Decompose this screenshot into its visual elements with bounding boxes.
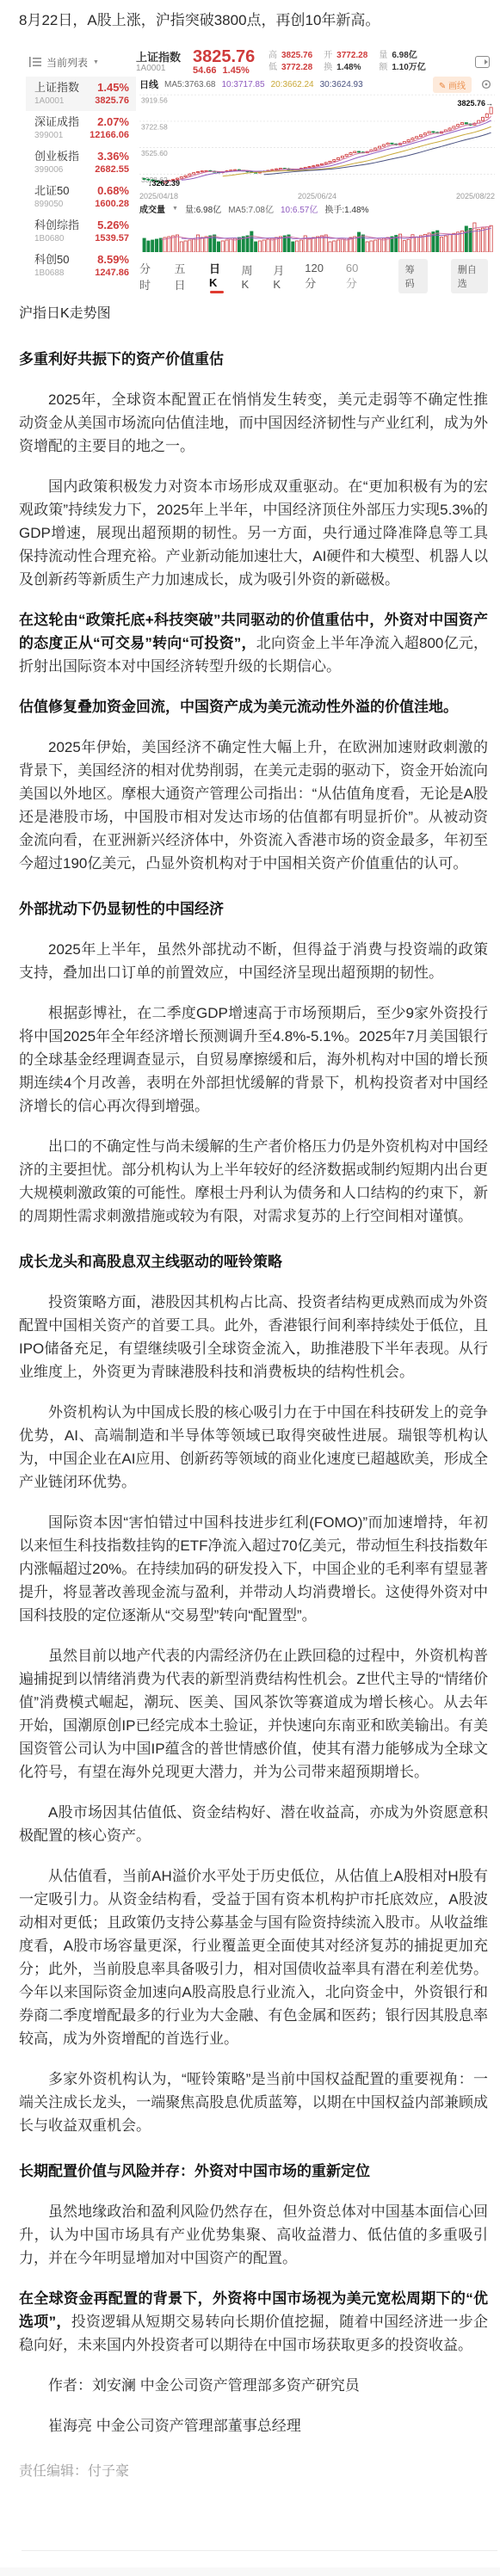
volume-chart[interactable] — [139, 214, 495, 252]
stat-label: 开 — [324, 50, 332, 62]
index-name: 上证指数 — [136, 51, 193, 64]
article-paragraph: 国内政策积极发力对资本市场形成双重驱动。在“更加积极有为的宏观政策”持续发力下，… — [19, 475, 488, 591]
article-paragraph: 从估值看，当前AH溢价水平处于历史低位，从估值上A股相对H股有一定吸引力。从资金… — [19, 1864, 488, 2050]
text-run: 投资逻辑从短期交易转向长期价值挖掘，随着中国经济进一步企稳向好，未来国内外投资者… — [19, 2314, 488, 2353]
index-row-line1: 深证成指2.07% — [34, 114, 129, 129]
index-row-line2: 1A00013825.76 — [34, 95, 129, 108]
stat-value: 1.48% — [336, 62, 361, 74]
list-icon — [29, 57, 41, 67]
stat-cell: 换1.48% — [324, 62, 367, 74]
kline-chart[interactable]: 3919.563722.583525.603328.623825.76→↓326… — [139, 92, 495, 187]
list-toggle[interactable]: 当前列表 ▼ — [26, 55, 136, 70]
text-run: 2025年伊始，美国经济不确定性大幅上升，在欧洲加速财政刺激的背景下，美国经济的… — [19, 739, 488, 872]
index-code: 1B0680 — [34, 233, 64, 245]
stat-value: 3772.28 — [281, 62, 312, 74]
section-heading: 多重利好共振下的资产价值重估 — [19, 348, 488, 371]
text-run: 估值修复叠加资金回流，中国资产成为美元流动性外溢的价值洼地。 — [19, 699, 458, 715]
stat-column: 开3772.28换1.48% — [324, 50, 367, 74]
stat-value: 6.98亿 — [392, 50, 417, 62]
chart-panel: 日线 MA5:3763.68 10:3717.85 20:3662.24 30:… — [136, 77, 495, 287]
index-code: 399001 — [34, 130, 63, 142]
sidebar-index-row[interactable]: 科创综指5.26%1B06801539.57 — [26, 214, 136, 249]
stat-column: 量6.98亿额1.10万亿 — [379, 50, 425, 74]
pencil-icon: ✎ — [439, 82, 446, 91]
period-tab-周K[interactable]: 周K — [241, 262, 256, 291]
chevron-down-icon: ▼ — [172, 206, 178, 212]
date-tick: 2025/08/22 — [456, 191, 495, 202]
article-paragraph: 投资策略方面，港股因其机构占比高、投资者结构更成熟而成为外资配置中国相关资产的首… — [19, 1291, 488, 1384]
stat-label: 量 — [379, 50, 387, 62]
stock-body: 上证指数1.45%1A00013825.76深证成指2.07%399001121… — [26, 77, 495, 287]
text-run: 2025年上半年，虽然外部扰动不断，但得益于消费与投资端的政策支持，叠加出口订单… — [19, 941, 488, 981]
stat-label: 换 — [324, 62, 332, 74]
section-heading: 成长龙头和高股息双主线驱动的哑铃策略 — [19, 1250, 488, 1273]
index-row-line2: 39900112166.06 — [34, 129, 129, 142]
index-name: 科创50 — [34, 252, 69, 267]
sidebar-index-row[interactable]: 深证成指2.07%39900112166.06 — [26, 111, 136, 145]
svg-text:3919.56: 3919.56 — [141, 96, 168, 105]
index-name: 科创综指 — [34, 218, 79, 232]
index-name: 北证50 — [34, 183, 69, 198]
stat-cell: 低3772.28 — [269, 62, 312, 74]
article-paragraph: 在全球资金再配置的背景下，外资将中国市场视为美元宽松周期下的“优选项”，投资逻辑… — [19, 2287, 488, 2357]
stat-label: 低 — [269, 62, 277, 74]
volume-value: 量:6.98亿 — [185, 202, 221, 215]
period-tab-日K[interactable]: 日K — [209, 260, 225, 293]
index-price: 3825.76 — [193, 48, 269, 65]
text-run: 外资机构认为中国成长股的核心吸引力在于中国在科技研发上的竞争优势，AI、高端制造… — [19, 1404, 488, 1490]
article-paragraph: A股市场因其估值低、资金结构好、潜在收益高，亦成为外资愿意积极配置的核心资产。 — [19, 1801, 488, 1847]
draw-line-button[interactable]: ✎ 画线 — [433, 77, 472, 93]
stat-label: 额 — [379, 62, 387, 74]
article-paragraph: 虽然目前以地产代表的内需经济仍在止跌回稳的过程中，外资机构普遍捕捉到以情绪消费为… — [19, 1644, 488, 1784]
volume-ma10: 10:6.57亿 — [281, 202, 318, 215]
article-paragraph: 根据彭博社，在二季度GDP增速高于市场预期后，至少9家外资投行将中国2025年全… — [19, 1001, 488, 1118]
sidebar-index-row[interactable]: 北证500.68%8990501600.28 — [26, 180, 136, 214]
change-percent: 1.45% — [223, 65, 250, 77]
stat-value: 1.10万亿 — [392, 62, 425, 74]
text-run: 投资策略方面，港股因其机构占比高、投资者结构更成熟而成为外资配置中国相关资产的首… — [19, 1294, 488, 1380]
index-row-line2: 8990501600.28 — [34, 198, 129, 211]
article-body: 多重利好共振下的资产价值重估2025年，全球资本配置正在悄悄发生转变，美元走弱等… — [0, 348, 500, 2437]
turnover-value: 换手:1.48% — [324, 202, 368, 215]
article-paragraph: 在这轮由“政策托底+科技突破”共同驱动的价值重估中，外资对中国资产的态度正从“可… — [19, 608, 488, 678]
chevron-down-icon: ▼ — [93, 59, 99, 65]
bottom-divider — [22, 2550, 497, 2551]
stock-app-screenshot: 当前列表 ▼ 上证指数 1A0001 3825.76 54.66 1.45% 高… — [26, 47, 495, 287]
article-paragraph: 国际资本因“害怕错过中国科技进步红利(FOMO)”而加速增持，年初以来恒生科技指… — [19, 1511, 488, 1627]
text-run: 作者：刘安澜 中金公司资产管理部多资产研究员 — [48, 2377, 360, 2394]
index-row-line2: 3990062682.55 — [34, 163, 129, 176]
ma10-value: 10:3717.85 — [222, 80, 265, 89]
article-paragraph: 出口的不确定性与尚未缓解的生产者价格压力仍是外资机构对中国经济的主要担忧。部分机… — [19, 1135, 488, 1228]
volume-ma5: MA5:7.08亿 — [228, 202, 274, 215]
date-tick: 2025/06/24 — [298, 191, 336, 202]
svg-text:↓3262.39: ↓3262.39 — [148, 179, 180, 187]
index-row-line1: 创业板指3.36% — [34, 149, 129, 163]
text-run: 国内政策积极发力对资本市场形成双重驱动。在“更加积极有为的宏观政策”持续发力下，… — [19, 478, 488, 588]
rotate-screen-icon[interactable] — [475, 56, 490, 68]
svg-text:3525.60: 3525.60 — [141, 149, 168, 157]
article-paragraph: 崔海亮 中金公司资产管理部董事总经理 — [19, 2414, 488, 2437]
text-run: 虽然地缘政治和盈利风险仍然存在，但外资总体对中国基本面信心回升，认为中国市场具有… — [19, 2203, 488, 2266]
article-paragraph: 2025年伊始，美国经济不确定性大幅上升，在欧洲加速财政刺激的背景下，美国经济的… — [19, 736, 488, 875]
chip-button-筹码[interactable]: 筹码 — [398, 259, 428, 293]
index-code: 399006 — [34, 164, 63, 176]
date-tick: 2025/04/18 — [139, 191, 178, 202]
text-run: 多家外资机构认为，“哑铃策略”是当前中国权益配置的重要视角：一端关注成长龙头，一… — [19, 2071, 488, 2134]
index-value: 1600.28 — [95, 198, 129, 210]
quote-stats: 高3825.76低3772.28开3772.28换1.48%量6.98亿额1.1… — [269, 50, 475, 74]
index-change-percent: 2.07% — [97, 114, 129, 129]
index-row-line1: 北证500.68% — [34, 183, 129, 198]
stat-cell: 高3825.76 — [269, 50, 312, 62]
date-axis: 2025/04/182025/06/242025/08/22 — [139, 191, 495, 202]
index-value: 1539.57 — [95, 232, 129, 244]
list-toggle-label: 当前列表 — [46, 55, 88, 70]
index-value: 3825.76 — [95, 95, 129, 107]
text-run: 根据彭博社，在二季度GDP增速高于市场预期后，至少9家外资投行将中国2025年全… — [19, 1005, 488, 1114]
sidebar-index-row[interactable]: 上证指数1.45%1A00013825.76 — [26, 77, 136, 111]
index-code: 1B0688 — [34, 268, 64, 280]
index-change-percent: 5.26% — [97, 218, 129, 232]
svg-text:3825.76→: 3825.76→ — [457, 99, 493, 108]
stat-column: 高3825.76低3772.28 — [269, 50, 312, 74]
article-paragraph: 虽然地缘政治和盈利风险仍然存在，但外资总体对中国基本面信心回升，认为中国市场具有… — [19, 2200, 488, 2270]
index-row-line1: 科创508.59% — [34, 252, 129, 267]
ma-info-row: 日线 MA5:3763.68 10:3717.85 20:3662.24 30:… — [139, 77, 495, 92]
index-row-line1: 科创综指5.26% — [34, 218, 129, 232]
period-tab-月K[interactable]: 月K — [273, 262, 288, 291]
section-heading: 外部扰动下仍显韧性的中国经济 — [19, 897, 488, 921]
article-paragraph: 外资机构认为中国成长股的核心吸引力在于中国在科技研发上的竞争优势，AI、高端制造… — [19, 1401, 488, 1494]
index-row-line2: 1B06881247.86 — [34, 267, 129, 280]
stat-cell: 量6.98亿 — [379, 50, 425, 62]
stock-quote-header: 当前列表 ▼ 上证指数 1A0001 3825.76 54.66 1.45% 高… — [26, 47, 495, 77]
index-row-line1: 上证指数1.45% — [34, 80, 129, 95]
index-row-line2: 1B06801539.57 — [34, 232, 129, 245]
text-run: 2025年，全球资本配置正在悄悄发生转变，美元走弱等不确定性推动资金从美国市场流… — [19, 391, 488, 454]
index-code: 1A0001 — [34, 96, 64, 108]
article-paragraph: 估值修复叠加资金回流，中国资产成为美元流动性外溢的价值洼地。 — [19, 695, 488, 718]
settings-gear-icon[interactable] — [481, 79, 491, 89]
index-name: 上证指数 — [34, 80, 79, 95]
period-tab-60分[interactable]: 60分 — [346, 262, 366, 291]
index-code: 899050 — [34, 199, 63, 211]
chip-button-删自选[interactable]: 删自选 — [451, 259, 488, 293]
change-value: 54.66 — [193, 65, 217, 77]
index-name-block: 上证指数 1A0001 — [136, 51, 193, 74]
ma30-value: 30:3624.93 — [320, 80, 363, 89]
text-run: 崔海亮 中金公司资产管理部董事总经理 — [48, 2418, 301, 2434]
index-change-percent: 0.68% — [97, 183, 129, 198]
article-paragraph: 2025年，全球资本配置正在悄悄发生转变，美元走弱等不确定性推动资金从美国市场流… — [19, 388, 488, 458]
image-caption: 沪指日K走势图 — [19, 302, 488, 325]
sidebar-index-row[interactable]: 科创508.59%1B06881247.86 — [26, 249, 136, 283]
index-change: 54.66 1.45% — [193, 65, 269, 77]
ma20-value: 20:3662.24 — [271, 80, 314, 89]
index-value: 2682.55 — [95, 163, 129, 176]
sidebar-index-row[interactable]: 创业板指3.36%3990062682.55 — [26, 145, 136, 180]
stat-label: 高 — [269, 50, 277, 62]
index-name: 深证成指 — [34, 114, 79, 129]
volume-info-row: 成交量 ▼ 量:6.98亿 MA5:7.08亿 10:6.57亿 换手:1.48… — [139, 202, 495, 214]
volume-title[interactable]: 成交量 — [139, 202, 165, 215]
index-price-block: 3825.76 54.66 1.45% — [193, 48, 269, 77]
text-run: 虽然目前以地产代表的内需经济仍在止跌回稳的过程中，外资机构普遍捕捉到以情绪消费为… — [19, 1648, 488, 1780]
stat-cell: 额1.10万亿 — [379, 62, 425, 74]
stat-cell: 开3772.28 — [324, 50, 367, 62]
stat-value: 3772.28 — [336, 50, 367, 62]
index-name: 创业板指 — [34, 149, 79, 163]
ma5-value: MA5:3763.68 — [164, 80, 216, 89]
period-tab-120分[interactable]: 120分 — [305, 262, 330, 291]
article-paragraph: 多家外资机构认为，“哑铃策略”是当前中国权益配置的重要视角：一端关注成长龙头，一… — [19, 2068, 488, 2137]
index-value: 1247.86 — [95, 267, 129, 279]
index-change-percent: 3.36% — [97, 149, 129, 163]
text-run: 国际资本因“害怕错过中国科技进步红利(FOMO)”而加速增持，年初以来恒生科技指… — [19, 1514, 488, 1624]
text-run: 出口的不确定性与尚未缓解的生产者价格压力仍是外资机构对中国经济的主要担忧。部分机… — [19, 1138, 488, 1224]
lead-paragraph: 8月22日，A股上涨，沪指突破3800点，再创10年新高。 — [19, 9, 488, 32]
article-paragraph: 2025年上半年，虽然外部扰动不断，但得益于消费与投资端的政策支持，叠加出口订单… — [19, 938, 488, 984]
editor-credit: 责任编辑：付子豪 — [19, 2460, 488, 2483]
text-run: 从估值看，当前AH溢价水平处于历史低位，从估值上A股相对H股有一定吸引力。从资金… — [19, 1868, 488, 2047]
article-paragraph: 作者：刘安澜 中金公司资产管理部多资产研究员 — [19, 2374, 488, 2397]
index-change-percent: 8.59% — [97, 252, 129, 267]
period-tab-分时[interactable]: 分时 — [139, 260, 157, 293]
article-page: 8月22日，A股上涨，沪指突破3800点，再创10年新高。 当前列表 ▼ 上证指… — [0, 0, 500, 2576]
index-change-percent: 1.45% — [97, 80, 129, 95]
chart-period-tabs: 分时五日日K周K月K120分60分筹码删自选 — [139, 265, 495, 287]
section-heading: 长期配置价值与风险并存：外资对中国市场的重新定位 — [19, 2160, 488, 2183]
stat-value: 3825.76 — [281, 50, 312, 62]
svg-text:3722.58: 3722.58 — [141, 122, 168, 131]
bottom-strip — [0, 2567, 500, 2576]
text-run: A股市场因其估值低、资金结构好、潜在收益高，亦成为外资愿意积极配置的核心资产。 — [19, 1804, 488, 1844]
index-value: 12166.06 — [90, 129, 129, 141]
period-label: 日线 — [139, 77, 158, 91]
index-code: 1A0001 — [136, 64, 193, 74]
index-sidebar: 上证指数1.45%1A00013825.76深证成指2.07%399001121… — [26, 77, 136, 287]
period-tab-五日[interactable]: 五日 — [174, 260, 192, 293]
